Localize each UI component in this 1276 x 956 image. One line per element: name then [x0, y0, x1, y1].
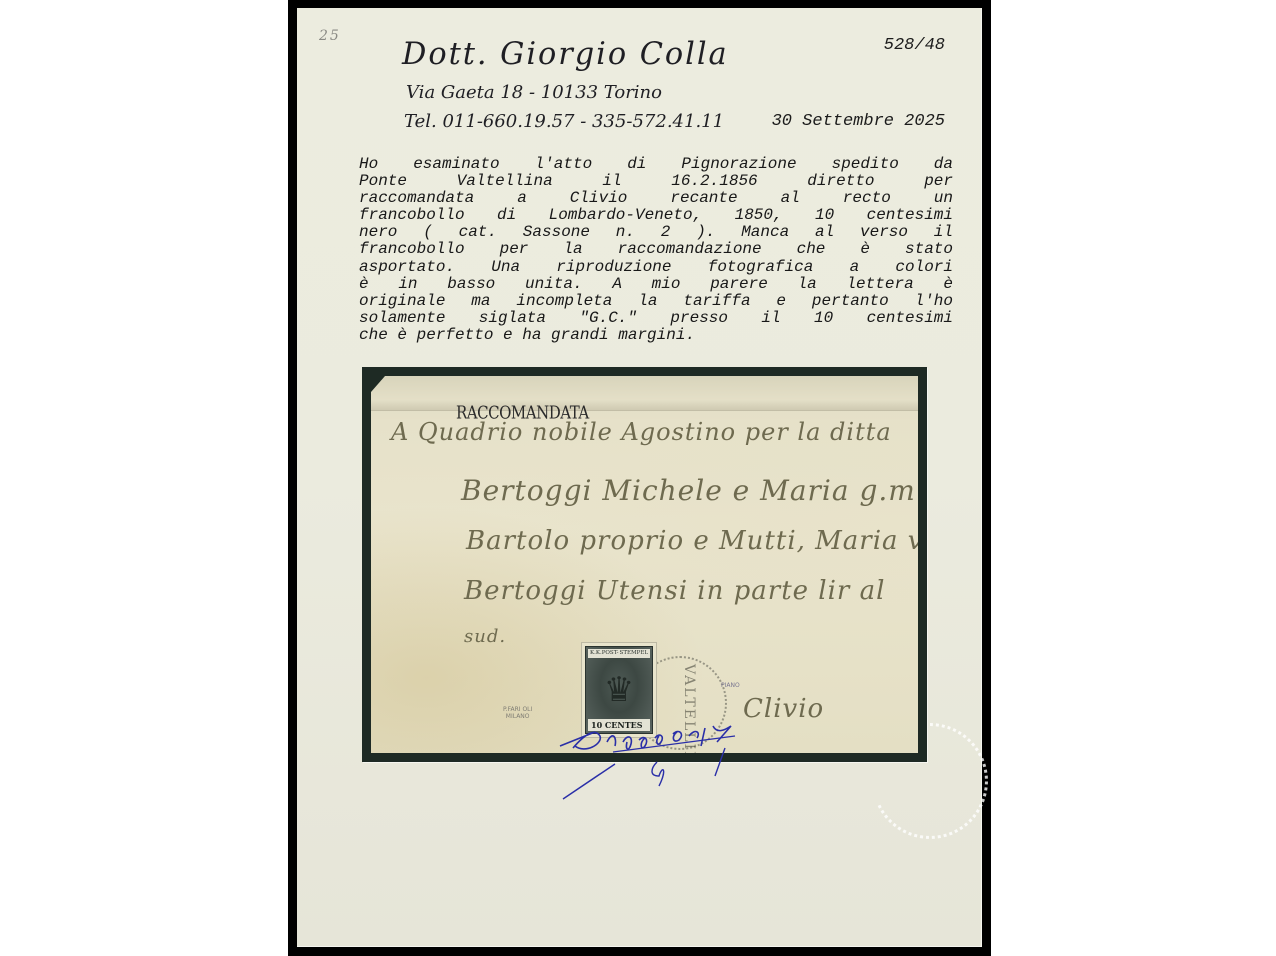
- manuscript-destination: Clivio: [743, 694, 824, 724]
- expert-name: Dott. Giorgio Colla: [402, 36, 729, 72]
- postmark-text: VALTELLINA: [681, 664, 697, 753]
- pencil-number: 25: [319, 28, 341, 44]
- manuscript-address-line: sud.: [464, 626, 506, 647]
- expert-mark-line: MILANO: [503, 713, 532, 720]
- black-frame: 25 Dott. Giorgio Colla Via Gaeta 18 - 10…: [288, 0, 991, 956]
- body-line: nero ( cat. Sassone n. 2 ). Manca al ver…: [359, 224, 953, 241]
- expert-mark-line: P.FARI OLI: [503, 706, 532, 713]
- eagle-crest-icon: ♛: [604, 673, 634, 707]
- expert-telephone: Tel. 011-660.19.57 - 335-572.41.11: [404, 111, 735, 132]
- cover-fold: [371, 376, 918, 411]
- stamp-top-left: K.K.POST-: [590, 649, 619, 658]
- certificate-body: Ho esaminato l'atto di Pignorazione sped…: [359, 156, 953, 344]
- postage-stamp: K.K.POST- STEMPEL ♛ 10 CENTES: [581, 642, 657, 738]
- expert-mark-small: PIANO: [721, 682, 740, 689]
- body-line: francobollo di Lombardo-Veneto, 1850, 10…: [359, 207, 953, 224]
- manuscript-address-line: A Quadrio nobile Agostino per la ditta: [391, 418, 892, 446]
- postal-cover: RACCOMANDATA A Quadrio nobile Agostino p…: [371, 376, 918, 753]
- body-line: è in basso unita. A mio parere la letter…: [359, 276, 953, 293]
- stamp-top-label: K.K.POST- STEMPEL: [588, 649, 650, 658]
- manuscript-address-line: Bartolo proprio e Mutti, Maria ved.a: [466, 526, 918, 556]
- body-line: raccomandata a Clivio recante al recto u…: [359, 190, 953, 207]
- body-line: francobollo per la raccomandazione che è…: [359, 241, 953, 258]
- body-line: che è perfetto e ha grandi margini.: [359, 327, 953, 344]
- cover-photograph: RACCOMANDATA A Quadrio nobile Agostino p…: [362, 367, 927, 762]
- cover-corner: [371, 376, 385, 392]
- certificate-date: 30 Settembre 2025: [772, 112, 945, 131]
- body-line: asportato. Una riproduzione fotografica …: [359, 259, 953, 276]
- letterhead: Dott. Giorgio Colla Via Gaeta 18 - 10133…: [402, 36, 735, 132]
- body-line: Ho esaminato l'atto di Pignorazione sped…: [359, 156, 953, 173]
- certificate-reference: 528/48: [884, 36, 945, 55]
- stamp-design: K.K.POST- STEMPEL ♛ 10 CENTES: [585, 646, 653, 734]
- stamp-value: 10 CENTES: [588, 719, 650, 731]
- certificate-paper: 25 Dott. Giorgio Colla Via Gaeta 18 - 10…: [297, 8, 982, 947]
- body-line: originale ma incompleta la tariffa e per…: [359, 293, 953, 310]
- stamp-top-right: STEMPEL: [620, 649, 648, 658]
- expert-address: Via Gaeta 18 - 10133 Torino: [406, 82, 735, 103]
- expert-mark: P.FARI OLI MILANO: [503, 706, 532, 720]
- body-line: Ponte Valtellina il 16.2.1856 diretto pe…: [359, 173, 953, 190]
- manuscript-address-line: Bertoggi Utensi in parte lir al: [464, 576, 885, 606]
- manuscript-address-line: Bertoggi Michele e Maria g.m: [461, 474, 916, 507]
- body-line: solamente siglata "G.C." presso il 10 ce…: [359, 310, 953, 327]
